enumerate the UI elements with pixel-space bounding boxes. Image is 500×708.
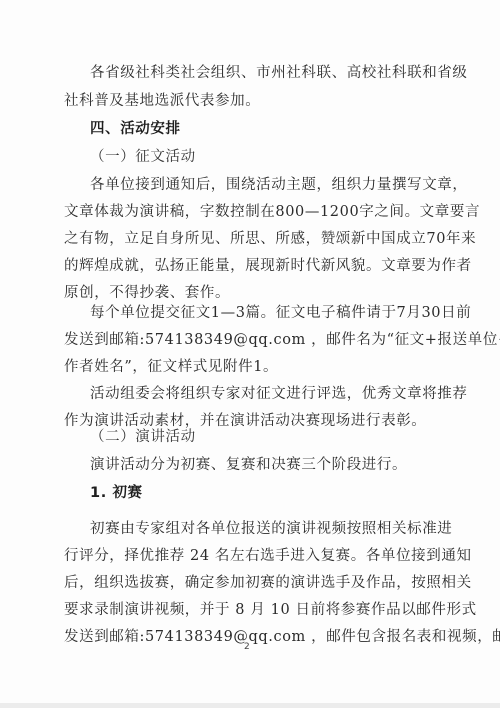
paragraph-line: 各省级社科类社会组织、市州社科联、高校社科联和省级 [90,64,468,82]
section-heading: 四、活动安排 [90,120,181,138]
paragraph-line: 文章体裁为演讲稿，字数控制在800—1200字之间。文章要言 [64,203,480,221]
paragraph-line: 各单位接到通知后，围绕活动主题，组织力量撰写文章， [90,176,468,194]
paragraph-line: 后，组织选拔赛，确定参加初赛的演讲选手及作品，按照相关 [64,574,472,592]
paragraph-line: 发送到邮箱:574138349@qq.com ，邮件包含报名表和视频，邮 [64,628,500,646]
paragraph-line: 发送到邮箱:574138349@qq.com ，邮件名为“征文+报送单位+ [64,331,500,349]
paragraph-line: 之有物，立足自身所见、所思、所感，赞颂新中国成立70年来 [64,230,476,248]
paragraph-line: 行评分，择优推荐 24 名左右选手进入复赛。各单位接到通知 [64,547,472,565]
paragraph-line: 作者姓名”，征文样式见附件1。 [64,358,278,376]
paragraph-line: 活动组委会将组织专家对征文进行评选，优秀文章将推荐 [90,385,468,403]
section-heading: （二）演讲活动 [90,428,196,446]
paragraph-line: 社科普及基地选派代表参加。 [64,92,260,110]
paragraph-line: 的辉煌成就，弘扬正能量，展现新时代新风貌。文章要为作者 [64,257,472,275]
page-bottom-edge [0,703,500,708]
section-heading: （一）征文活动 [90,148,196,166]
paragraph-line: 原创，不得抄袭、套作。 [64,284,230,302]
paragraph-line: 演讲活动分为初赛、复赛和决赛三个阶段进行。 [90,456,407,474]
document-page: 各省级社科类社会组织、市州社科联、高校社科联和省级社科普及基地选派代表参加。四、… [0,0,500,708]
page-number: 2 [244,642,250,652]
section-heading: 1. 初赛 [90,484,143,502]
paragraph-line: 要求录制演讲视频，并于 8 月 10 日前将参赛作品以邮件形式 [64,601,477,619]
paragraph-line: 每个单位提交征文1—3篇。征文电子稿件请于7月30日前 [90,304,471,322]
paragraph-line: 初赛由专家组对各单位报送的演讲视频按照相关标准进 [90,520,452,538]
